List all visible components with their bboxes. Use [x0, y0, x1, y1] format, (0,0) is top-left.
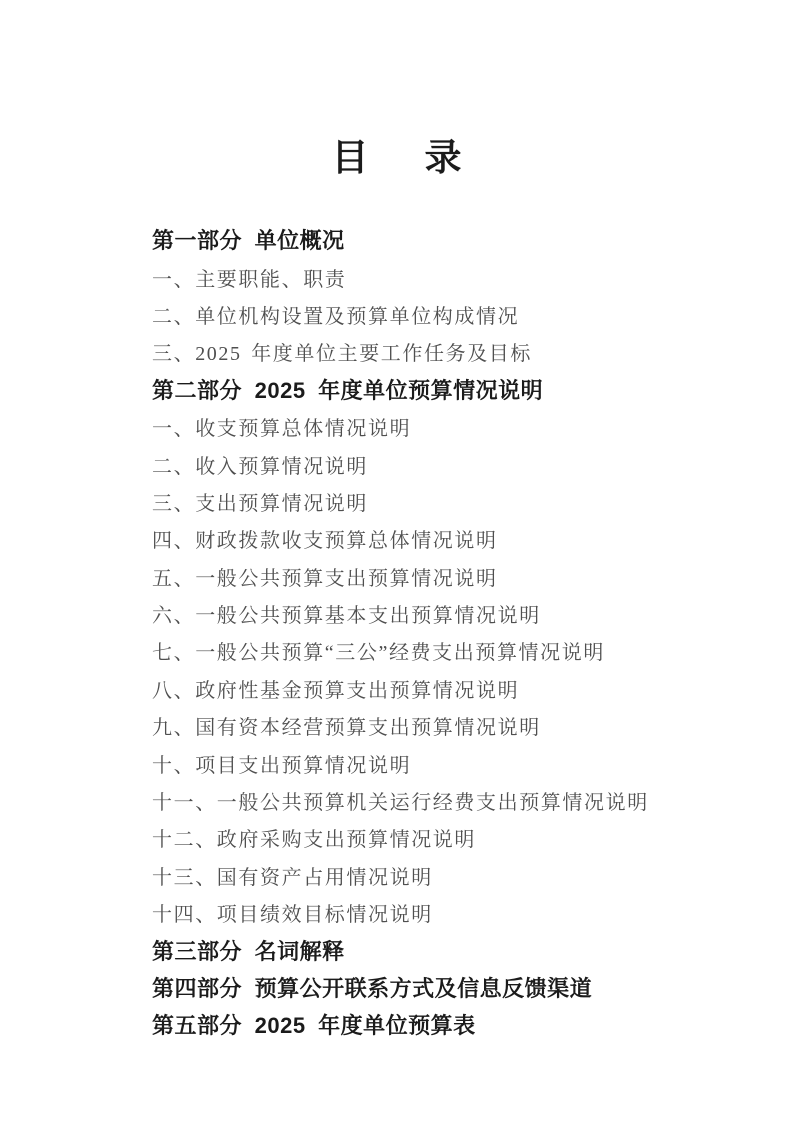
toc-part-heading-4: 第四部分 预算公开联系方式及信息反馈渠道 [152, 969, 705, 1006]
table-of-contents: 第一部分 单位概况 一、主要职能、职责 二、单位机构设置及预算单位构成情况 三、… [0, 221, 793, 1044]
toc-item: 二、单位机构设置及预算单位构成情况 [152, 296, 705, 333]
toc-part-heading-5: 第五部分 2025 年度单位预算表 [152, 1006, 705, 1043]
toc-item: 二、收入预算情况说明 [152, 445, 705, 482]
page-title-char-lu: 录 [425, 139, 462, 176]
toc-part-heading-1: 第一部分 单位概况 [152, 221, 705, 258]
toc-item: 九、国有资本经营预算支出预算情况说明 [152, 707, 705, 744]
toc-item: 五、一般公共预算支出预算情况说明 [152, 558, 705, 595]
toc-item: 十二、政府采购支出预算情况说明 [152, 819, 705, 856]
toc-item: 八、政府性基金预算支出预算情况说明 [152, 670, 705, 707]
toc-part-heading-2: 第二部分 2025 年度单位预算情况说明 [152, 371, 705, 408]
toc-item: 六、一般公共预算基本支出预算情况说明 [152, 595, 705, 632]
toc-item: 一、收支预算总体情况说明 [152, 408, 705, 445]
toc-item: 七、一般公共预算“三公”经费支出预算情况说明 [152, 632, 705, 669]
page-title-char-mu: 目 [332, 139, 369, 176]
toc-item: 十、项目支出预算情况说明 [152, 744, 705, 781]
toc-part-heading-3: 第三部分 名词解释 [152, 931, 705, 968]
toc-item: 十三、国有资产占用情况说明 [152, 857, 705, 894]
toc-item: 三、2025 年度单位主要工作任务及目标 [152, 333, 705, 370]
toc-item: 一、主要职能、职责 [152, 258, 705, 295]
page-title: 目 录 [0, 0, 793, 176]
toc-item: 十一、一般公共预算机关运行经费支出预算情况说明 [152, 782, 705, 819]
document-page: 目 录 第一部分 单位概况 一、主要职能、职责 二、单位机构设置及预算单位构成情… [0, 0, 793, 1122]
toc-item: 十四、项目绩效目标情况说明 [152, 894, 705, 931]
toc-item: 四、财政拨款收支预算总体情况说明 [152, 520, 705, 557]
toc-item: 三、支出预算情况说明 [152, 483, 705, 520]
